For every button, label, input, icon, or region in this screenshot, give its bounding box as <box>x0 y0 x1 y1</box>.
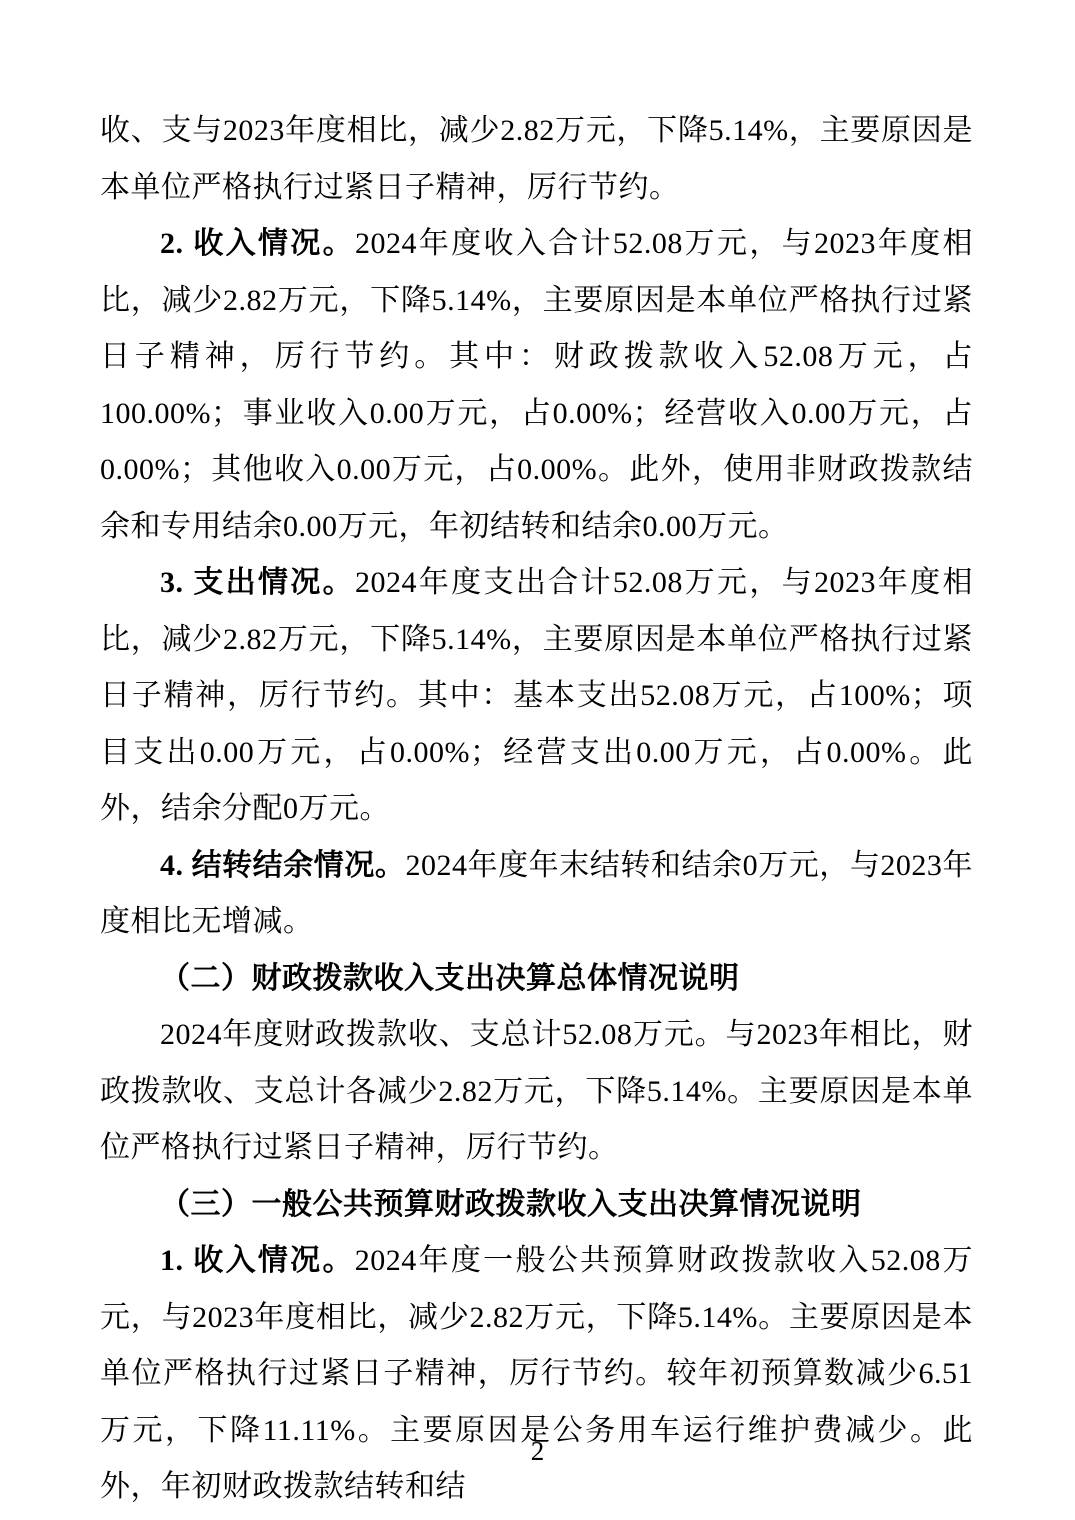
paragraph-continuation: 收、支与2023年度相比，减少2.82万元，下降5.14%，主要原因是本单位严格… <box>100 103 973 216</box>
document-page: 收、支与2023年度相比，减少2.82万元，下降5.14%，主要原因是本单位严格… <box>0 0 1075 1520</box>
paragraph-carryover-overview: 4. 结转结余情况。2024年度年末结转和结余0万元，与2023年度相比无增减。 <box>100 838 973 951</box>
paragraph-fiscal-appropriation-overview: 2024年度财政拨款收、支总计52.08万元。与2023年相比，财政拨款收、支总… <box>100 1007 973 1177</box>
section-heading-2-text: （二）财政拨款收入支出决算总体情况说明 <box>160 962 740 995</box>
document-body: 收、支与2023年度相比，减少2.82万元，下降5.14%，主要原因是本单位严格… <box>100 103 973 1516</box>
paragraph-public-budget-income-lead: 1. 收入情况。 <box>160 1244 355 1277</box>
paragraph-income-overview-lead: 2. 收入情况。 <box>160 227 355 260</box>
section-heading-3: （三）一般公共预算财政拨款收入支出决算情况说明 <box>100 1177 973 1234</box>
paragraph-expenditure-overview-lead: 3. 支出情况。 <box>160 566 355 599</box>
page-number: 2 <box>0 1436 1075 1466</box>
paragraph-public-budget-income: 1. 收入情况。2024年度一般公共预算财政拨款收入52.08万元，与2023年… <box>100 1233 973 1516</box>
paragraph-income-overview-text: 2024年度收入合计52.08万元，与2023年度相比，减少2.82万元，下降5… <box>100 227 973 543</box>
paragraph-expenditure-overview: 3. 支出情况。2024年度支出合计52.08万元，与2023年度相比，减少2.… <box>100 555 973 838</box>
section-heading-2: （二）财政拨款收入支出决算总体情况说明 <box>100 951 973 1008</box>
section-heading-3-text: （三）一般公共预算财政拨款收入支出决算情况说明 <box>160 1188 862 1221</box>
paragraph-expenditure-overview-text: 2024年度支出合计52.08万元，与2023年度相比，减少2.82万元，下降5… <box>100 566 973 825</box>
paragraph-carryover-overview-lead: 4. 结转结余情况。 <box>160 849 406 882</box>
paragraph-fiscal-appropriation-overview-text: 2024年度财政拨款收、支总计52.08万元。与2023年相比，财政拨款收、支总… <box>100 1018 973 1164</box>
paragraph-continuation-text: 收、支与2023年度相比，减少2.82万元，下降5.14%，主要原因是本单位严格… <box>100 114 973 204</box>
paragraph-income-overview: 2. 收入情况。2024年度收入合计52.08万元，与2023年度相比，减少2.… <box>100 216 973 555</box>
